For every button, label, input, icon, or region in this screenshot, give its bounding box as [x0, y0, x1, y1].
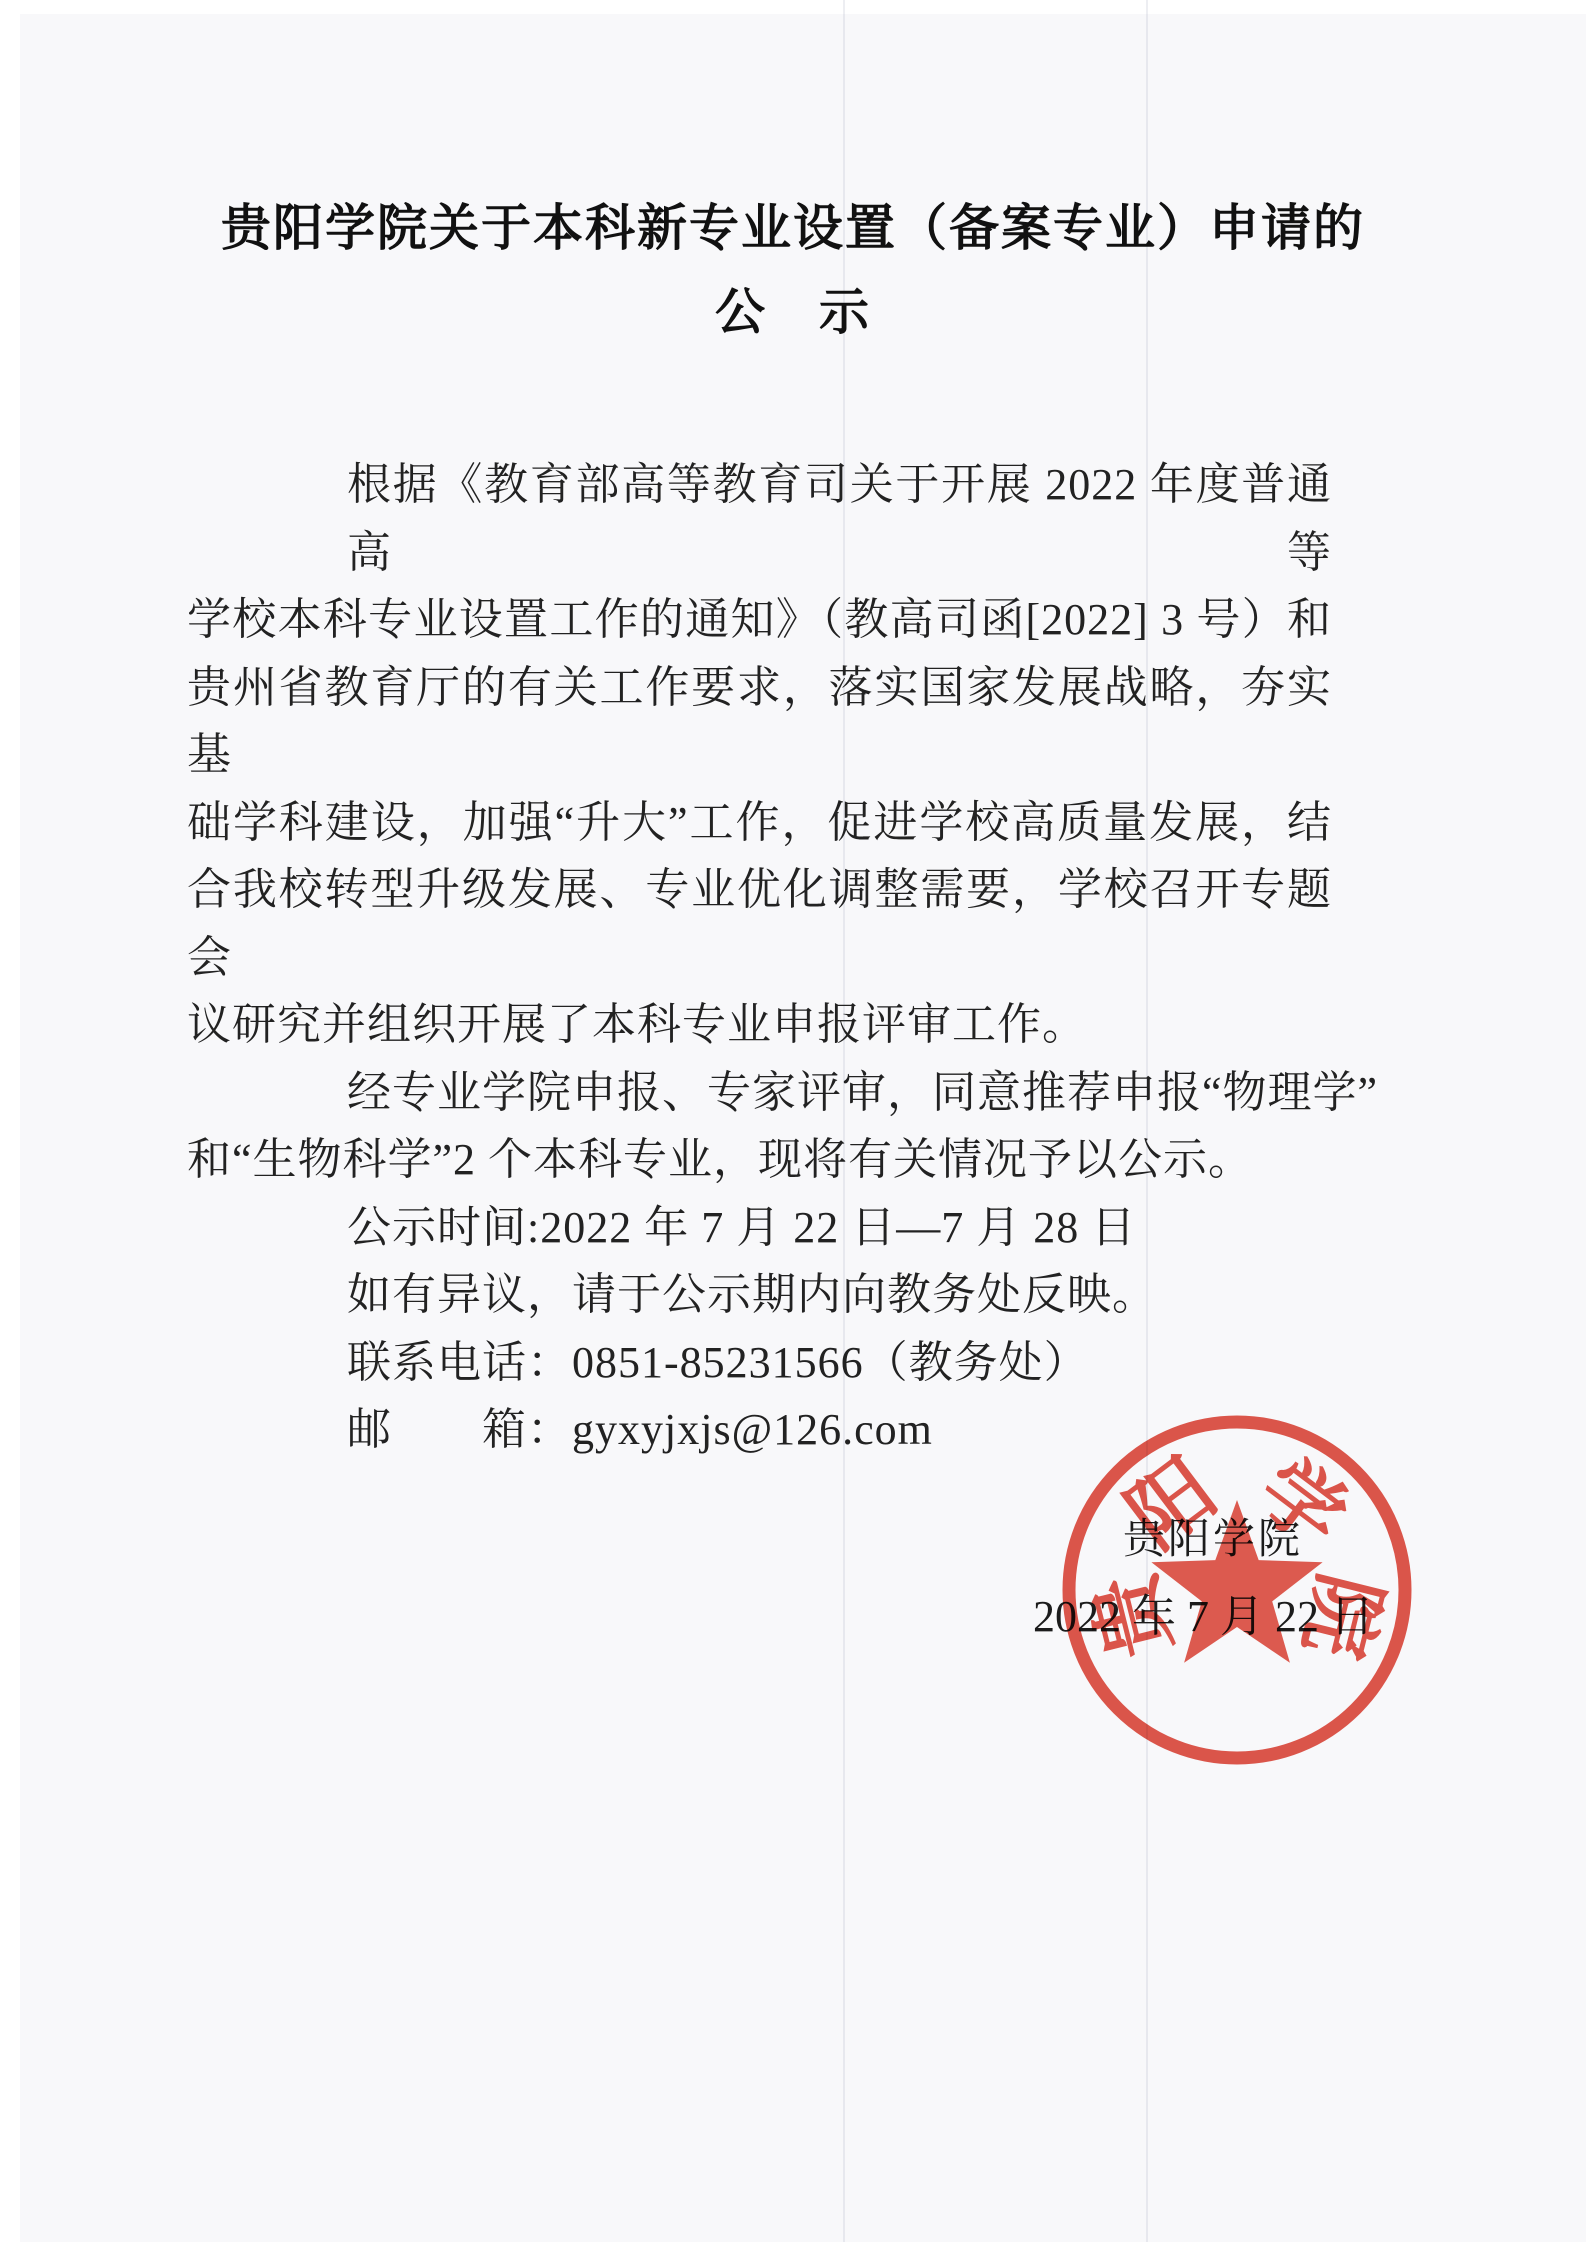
body-line: 如有异议，请于公示期内向教务处反映。	[187, 1261, 1332, 1329]
body-line: 根据《教育部高等教育司关于开展 2022 年度普通高等	[187, 451, 1332, 586]
scanned-document-page: 贵阳学院关于本科新专业设置（备案专业）申请的 公 示 根据《教育部高等教育司关于…	[0, 0, 1586, 2242]
body-line: 联系电话：0851-85231566（教务处）	[187, 1329, 1332, 1397]
official-seal-stamp: 贵 阳 学 院	[1047, 1400, 1427, 1780]
document-title: 贵阳学院关于本科新专业设置（备案专业）申请的 公 示	[0, 0, 1586, 354]
body-line: 和“生物科学”2 个本科专业，现将有关情况予以公示。	[187, 1126, 1332, 1194]
title-line-1: 贵阳学院关于本科新专业设置（备案专业）申请的	[0, 186, 1586, 270]
body-line: 公示时间:2022 年 7 月 22 日—7 月 28 日	[187, 1194, 1332, 1262]
body-line: 贵州省教育厅的有关工作要求，落实国家发展战略，夯实基	[187, 654, 1332, 789]
document-body: 根据《教育部高等教育司关于开展 2022 年度普通高等 学校本科专业设置工作的通…	[187, 451, 1332, 1464]
seal-char: 院	[1287, 1565, 1395, 1667]
body-line: 学校本科专业设置工作的通知》（教高司函[2022] 3 号）和	[187, 586, 1332, 654]
body-line: 议研究并组织开展了本科专业申报评审工作。	[187, 991, 1332, 1059]
title-line-2: 公 示	[0, 270, 1586, 354]
body-line: 经专业学院申报、专家评审，同意推荐申报“物理学”	[187, 1059, 1332, 1127]
body-line: 础学科建设，加强“升大”工作，促进学校高质量发展，结	[187, 789, 1332, 857]
body-line: 合我校转型升级发展、专业优化调整需要，学校召开专题会	[187, 856, 1332, 991]
